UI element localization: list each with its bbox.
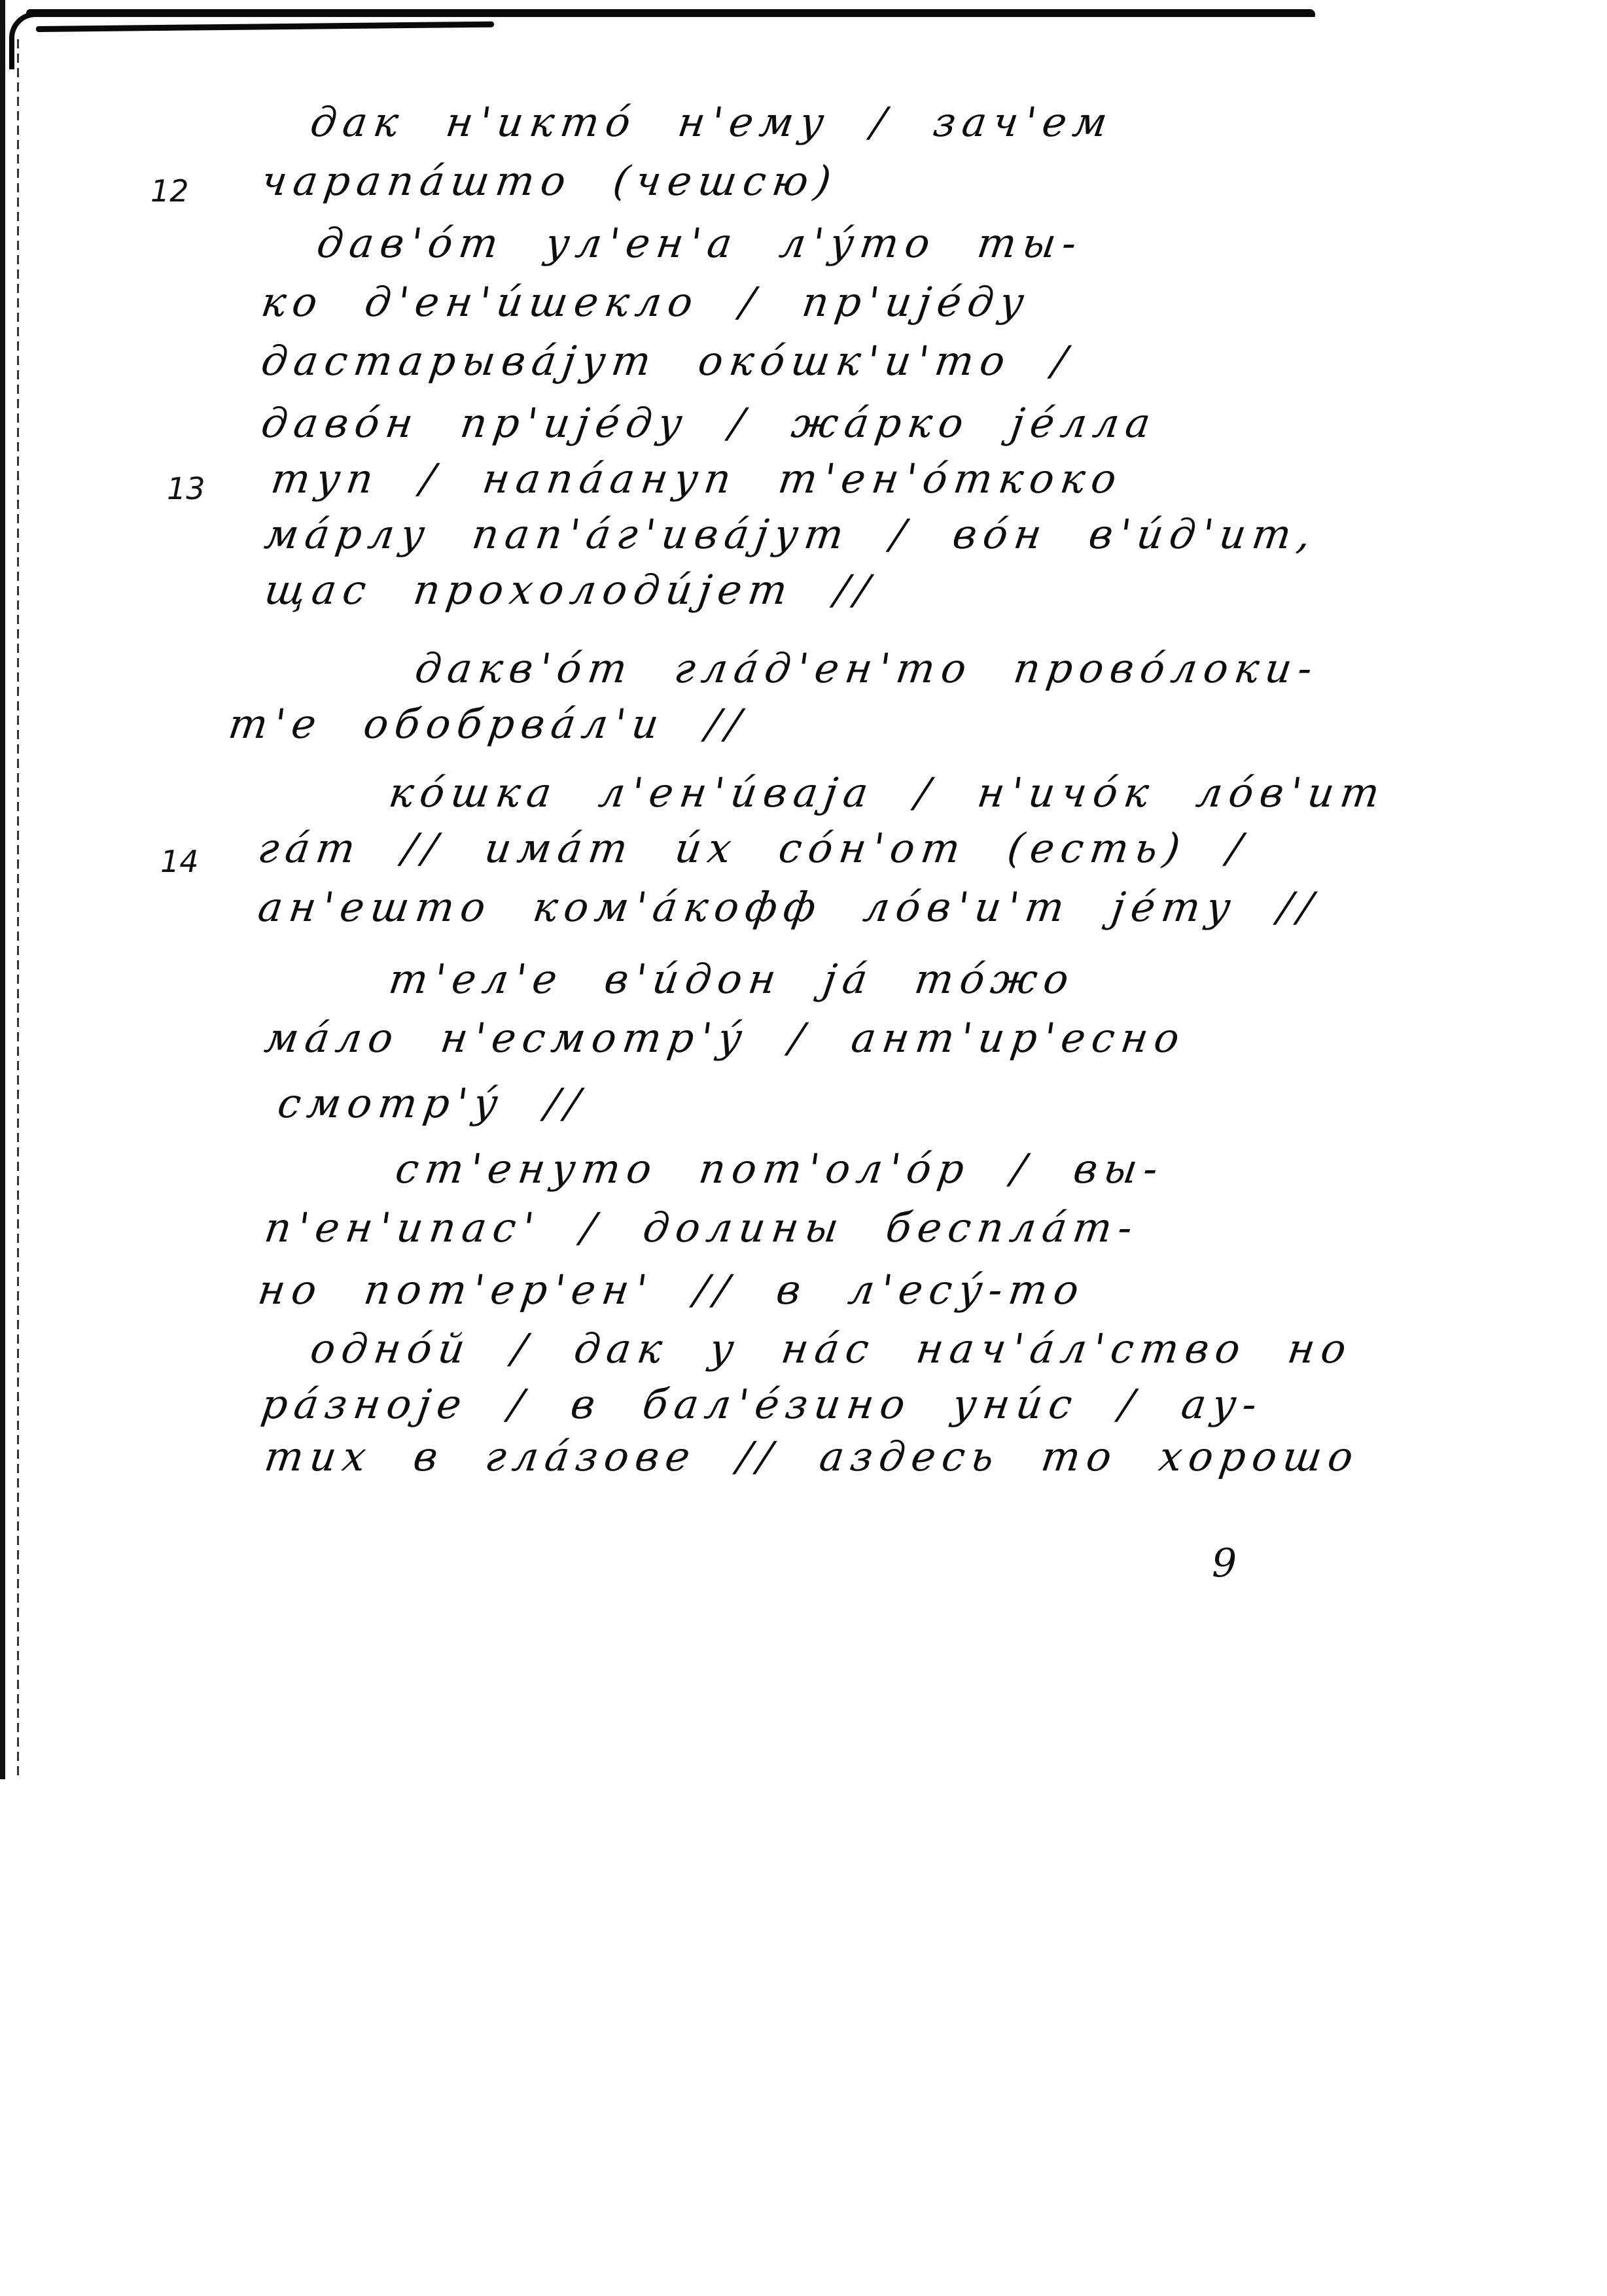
page-top-edge	[26, 9, 1315, 17]
handwritten-line: т'е обобрва́л'и //	[226, 700, 751, 748]
handwritten-line: ко д'ен'и́шекло / пр'ије́ду	[258, 278, 1033, 326]
margin-line-number: 13	[167, 471, 205, 506]
handwritten-line: дак н'икто́ н'ему / зач'ем	[308, 98, 1117, 146]
handwritten-line: туп / напа́ануп т'ен'о́ткоко	[268, 455, 1126, 502]
handwritten-line: но пот'ер'ен' // в л'есу́-то	[255, 1266, 1088, 1313]
handwritten-line: тих в гла́зове // аздесь то хорошо	[262, 1433, 1362, 1480]
handwritten-line: ан'ешто ком'а́кофф ло́в'и'т је́ту //	[255, 883, 1322, 931]
handwritten-line: т'ел'е в'и́дон ја́ то́жо	[386, 955, 1078, 1003]
margin-line-number: 12	[150, 173, 189, 209]
binding-margin-line	[0, 0, 5, 1779]
handwritten-line: ко́шка л'ен'и́вaja / н'ичо́к ло́в'ит	[386, 769, 1389, 816]
page-number: 9	[1212, 1540, 1237, 1586]
handwritten-line: дастарыва́јут око́шк'и'то /	[258, 337, 1076, 385]
handwritten-line: дав'о́т ул'ен'а л'у́то ты-	[314, 219, 1086, 267]
scanned-page: 121314 дак н'икто́ н'ему / зач'емчарапа́…	[0, 0, 1607, 2296]
handwritten-line: ра́зноје / в бал'е́зино уни́с / ау-	[258, 1380, 1266, 1428]
page-corner-curl	[9, 12, 44, 69]
margin-line-number: 14	[160, 844, 199, 879]
handwritten-line: смотр'у́ //	[275, 1079, 590, 1127]
handwritten-line: даво́н пр'ије́ду / жа́рко је́лла	[258, 399, 1160, 447]
handwritten-line: дакв'о́т гла́д'ен'то прово́локи-	[412, 644, 1322, 692]
handwritten-line: одно́й / дак у на́с нач'а́л'ство но	[308, 1325, 1356, 1372]
handwritten-line: га́т // има́т и́х со́н'от (есть) /	[255, 824, 1252, 872]
handwritten-line: п'ен'ипас' / долины беспла́т-	[262, 1204, 1142, 1251]
handwritten-line: ст'енуто пот'ол'о́р / вы-	[393, 1145, 1167, 1192]
page-top-edge-inner	[36, 22, 494, 32]
handwritten-line: чарапа́што (чешсю)	[258, 157, 841, 205]
handwritten-line: щас прохолоди́јет //	[262, 566, 879, 614]
binding-margin-dashes	[17, 39, 19, 1779]
handwritten-line: ма́рлу пап'а́г'ива́јут / во́н в'и́д'ит,	[262, 510, 1320, 558]
handwritten-line: ма́ло н'есмотр'у́ / ант'ир'есно	[262, 1014, 1189, 1062]
